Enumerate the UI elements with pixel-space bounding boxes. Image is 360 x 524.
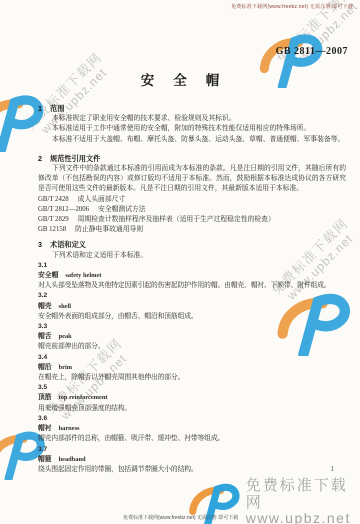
term-definition: 帽壳内部部件的总称，由帽箍、吸汗带、缓冲垫、衬带等组成。 — [38, 434, 346, 444]
term-name: 帽舌peak — [38, 332, 346, 342]
section-number: 1 — [38, 104, 42, 113]
paragraph: 本标准规定了职业用安全帽的技术要求、检验规则及其标识。 — [38, 114, 346, 124]
term-name-zh: 帽壳 — [38, 303, 52, 310]
document-body: 1范围 本标准规定了职业用安全帽的技术要求、检验规则及其标识。 本标准适用于工作… — [38, 104, 346, 475]
term-name-zh: 帽舌 — [38, 333, 52, 340]
reference-item: GB 12158防止静电事故通用导则 — [38, 225, 346, 235]
section-scope: 1范围 本标准规定了职业用安全帽的技术要求、检验规则及其标识。 本标准适用于工作… — [38, 104, 346, 145]
standard-number: GB 2811—2007 — [276, 46, 348, 57]
section-number: 3 — [38, 240, 42, 249]
term-item: 3.3 帽舌peak 帽壳前部伸出的部分。 — [38, 322, 346, 353]
reference-item: GB/T 2812—2006安全帽测试方法 — [38, 205, 346, 215]
reference-code: GB/T 2428 — [38, 196, 69, 203]
term-item: 3.1 安全帽safety helmet 对人头部受坠落物及其他特定因素引起的伤… — [38, 261, 346, 292]
page-title: 安全帽 — [0, 69, 360, 89]
term-name-zh: 安全帽 — [38, 272, 58, 279]
term-id: 3.3 — [38, 322, 346, 332]
term-definition: 对人头部受坠落物及其他特定因素引起的伤害起防护作用的帽。由帽壳、帽衬、下颏带、附… — [38, 281, 346, 291]
term-id: 3.6 — [38, 414, 346, 424]
term-name-en: headband — [59, 456, 86, 463]
section-normative-references: 2规范性引用文件 下列文件中的条款通过本标准的引用而成为本标准的条款。凡是注日期… — [38, 154, 346, 236]
paragraph: 下列术语和定义适用于本标准。 — [38, 251, 346, 261]
section-heading: 1范围 — [38, 104, 346, 114]
section-title: 规范性引用文件 — [50, 154, 100, 163]
term-id: 3.2 — [38, 291, 346, 301]
term-name-en: peak — [59, 333, 72, 340]
section-title: 范围 — [50, 104, 64, 113]
reference-title: 成人头面部尺寸 — [78, 196, 126, 203]
term-name: 帽沿brim — [38, 363, 346, 373]
term-name-en: brim — [59, 364, 73, 371]
reference-title: 防止静电事故通用导则 — [75, 226, 143, 233]
term-definition: 帽壳前部伸出的部分。 — [38, 342, 346, 352]
term-name-en: top reinforcement — [59, 394, 108, 401]
term-definition: 在帽壳上，除帽舌以外帽壳周围其他伸出的部分。 — [38, 373, 346, 383]
term-item: 3.6 帽衬harness 帽壳内部部件的总称，由帽箍、吸汗带、缓冲垫、衬带等组… — [38, 414, 346, 445]
section-number: 2 — [38, 154, 42, 163]
term-name-en: harness — [59, 425, 80, 432]
section-title: 术语和定义 — [50, 240, 86, 249]
term-name-zh: 帽箍 — [38, 456, 52, 463]
reference-title: 安全帽测试方法 — [98, 206, 146, 213]
term-name: 安全帽safety helmet — [38, 271, 346, 281]
footer-watermark-text: 免费标准下载网 www.upbz.net — [246, 477, 360, 524]
header-download-note: 免费标准下载网(www.freebz.net) 无需注册 即可下载 — [231, 3, 353, 10]
term-name: 帽壳shell — [38, 302, 346, 312]
reference-item: GB/T 2829周期检查计数抽样程序及抽样表（适用于生产过程稳定性的检查） — [38, 215, 346, 225]
term-name: 帽箍headband — [38, 455, 346, 465]
term-name: 帽衬harness — [38, 424, 346, 434]
document-page: 免费标准下载网 www.upbz.net 免费标准下载网 www.upbz.ne… — [0, 0, 360, 524]
term-item: 3.4 帽沿brim 在帽壳上，除帽舌以外帽壳周围其他伸出的部分。 — [38, 353, 346, 384]
term-item: 3.2 帽壳shell 安全帽外表面的组成部分，由帽舌、帽沿和顶筋组成。 — [38, 291, 346, 322]
paragraph: 下列文件中的条款通过本标准的引用而成为本标准的条款。凡是注日期的引用文件，其随后… — [38, 164, 346, 195]
paragraph: 本标准不适用于大盖帽、布帽、摩托头盔、防暴头盔、运动头盔、草帽、普通便帽、军事装… — [38, 135, 346, 145]
term-name-zh: 帽沿 — [38, 364, 52, 371]
term-item: 3.5 顶筋top reinforcement 用来增强帽壳顶部强度的结构。 — [38, 383, 346, 414]
term-name: 顶筋top reinforcement — [38, 393, 346, 403]
term-name-zh: 帽衬 — [38, 425, 52, 432]
term-definition: 用来增强帽壳顶部强度的结构。 — [38, 404, 346, 414]
term-id: 3.5 — [38, 383, 346, 393]
page-number: 1 — [331, 465, 335, 473]
paragraph: 本标准适用于工作中通常使用的安全帽，附加的特殊技术性能仅适用相应的特殊场所。 — [38, 124, 346, 134]
footer-site-url: www.upbz.net — [246, 511, 360, 524]
section-terms-definitions: 3术语和定义 下列术语和定义适用于本标准。 3.1 安全帽safety helm… — [38, 240, 346, 475]
reference-title: 周期检查计数抽样程序及抽样表（适用于生产过程稳定性的检查） — [78, 216, 275, 223]
term-definition: 绕头围起固定作用的带圈，包括调节带圈大小的结构。 — [38, 465, 346, 475]
term-definition: 安全帽外表面的组成部分，由帽舌、帽沿和顶筋组成。 — [38, 312, 346, 322]
reference-code: GB/T 2812—2006 — [38, 206, 89, 213]
reference-code: GB 12158 — [38, 226, 66, 233]
term-name-en: safety helmet — [65, 272, 101, 279]
section-heading: 2规范性引用文件 — [38, 154, 346, 164]
term-id: 3.1 — [38, 261, 346, 271]
section-heading: 3术语和定义 — [38, 240, 346, 250]
term-id: 3.4 — [38, 353, 346, 363]
term-item: 3.7 帽箍headband 绕头围起固定作用的带圈，包括调节带圈大小的结构。 — [38, 445, 346, 476]
footer-site-name: 免费标准下载网 — [246, 477, 360, 511]
term-id: 3.7 — [38, 445, 346, 455]
reference-code: GB/T 2829 — [38, 216, 69, 223]
term-name-en: shell — [59, 303, 71, 310]
term-name-zh: 顶筋 — [38, 394, 52, 401]
reference-item: GB/T 2428成人头面部尺寸 — [38, 195, 346, 205]
footer-download-note: 免费标准下载网(www.freebz.net) 无需注册 即可下载 — [123, 514, 238, 521]
